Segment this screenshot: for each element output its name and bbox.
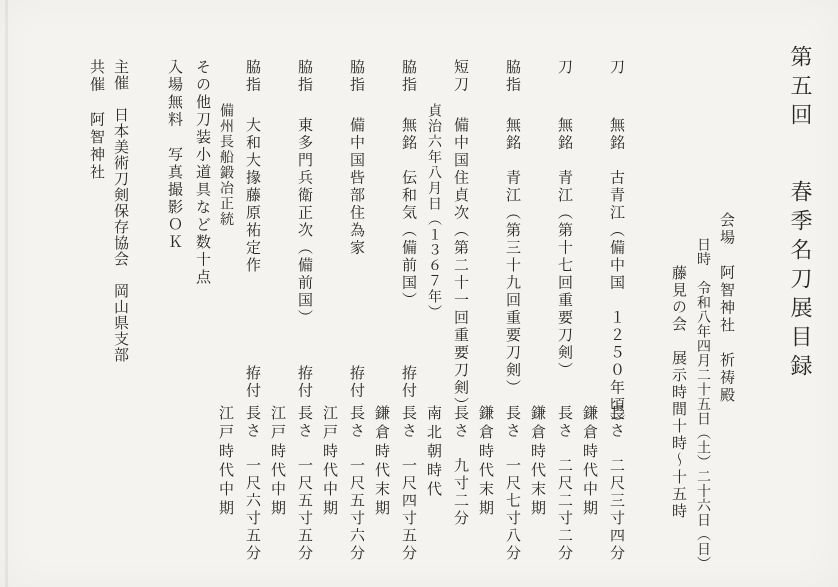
koshirae-note: 拵付 bbox=[286, 365, 312, 400]
title-series: 第五回 bbox=[787, 45, 812, 132]
exhibition-hours-line: 藤見の会 展示時間十時～十五時 bbox=[662, 45, 686, 571]
sword-description: 無銘 青江（第三十九回重要刀剣） bbox=[494, 117, 520, 397]
vertical-text-flow: 第五回春季名刀展目録 会場 阿智神社 祈祷殿 日時 令和八年四月二十五日（土）二… bbox=[0, 0, 838, 587]
sword-period: 鎌倉時代末期 bbox=[471, 405, 493, 519]
title-main: 春季名刀展目録 bbox=[787, 180, 812, 383]
sword-type: 脇指 bbox=[494, 59, 520, 94]
sword-description: 無銘 古青江（備中国 １２５０年頃） bbox=[598, 117, 624, 432]
entry-column-5: 脇指 無銘 伝和気（備前国） 拵付 長さ 一尺四寸五分 鎌倉時代末期 bbox=[366, 45, 418, 571]
koshirae-note: 拵付 bbox=[338, 365, 364, 400]
entry-column-1: 刀 無銘 古青江（備中国 １２５０年頃） 長さ 二尺三寸四分 鎌倉時代中期 bbox=[574, 45, 626, 571]
sword-period: 江戸時代中期 bbox=[263, 405, 285, 519]
sword-description: 備中国住貞次（第二十一回重要刀剣） bbox=[442, 117, 468, 415]
sword-period: 鎌倉時代中期 bbox=[575, 405, 597, 519]
organizer-line: 主催 日本美術刀剣保存協会 岡山県支部 bbox=[104, 45, 128, 571]
koshirae-note: 拵付 bbox=[234, 365, 260, 400]
sword-type: 刀 bbox=[598, 59, 624, 77]
sword-length: 長さ 一尺五寸六分 bbox=[338, 405, 364, 563]
sword-length: 長さ 九寸二分 bbox=[442, 405, 468, 528]
koshirae-note: 拵付 bbox=[390, 365, 416, 400]
sword-description: 大和大掾藤原祐定作 bbox=[234, 117, 260, 275]
entry-column-3: 脇指 無銘 青江（第三十九回重要刀剣） 長さ 一尺七寸八分 鎌倉時代末期 bbox=[470, 45, 522, 571]
sword-length: 長さ 一尺四寸五分 bbox=[390, 405, 416, 563]
sword-period: 鎌倉時代末期 bbox=[367, 405, 389, 519]
sword-type: 脇指 bbox=[338, 59, 364, 94]
sword-type: 刀 bbox=[546, 59, 572, 77]
sword-period: 南北朝時代 bbox=[419, 405, 441, 500]
sword-type: 脇指 bbox=[286, 59, 312, 94]
sword-period: 鎌倉時代末期 bbox=[523, 405, 545, 519]
sword-lineage-note: 備州長船鍛冶正統 bbox=[211, 103, 233, 227]
sword-period: 江戸時代中期 bbox=[211, 405, 233, 519]
sword-description: 東多門兵衛正次（備前国） bbox=[286, 117, 312, 327]
entry-column-8: 脇指 大和大掾藤原祐定作 備州長船鍛冶正統 拵付 長さ 一尺六寸五分 江戸時代中… bbox=[210, 45, 262, 571]
sword-description: 無銘 青江（第十七回重要刀剣） bbox=[546, 117, 572, 380]
sword-type: 短刀 bbox=[442, 59, 468, 94]
entry-column-4: 短刀 備中国住貞次（第二十一回重要刀剣） 貞治六年八月日（１３６７年） 長さ 九… bbox=[418, 45, 470, 571]
sword-length: 長さ 一尺六寸五分 bbox=[234, 405, 260, 563]
sword-length: 長さ 一尺五寸五分 bbox=[286, 405, 312, 563]
sword-period: 江戸時代中期 bbox=[315, 405, 337, 519]
sword-description: 備中国呰部住為家 bbox=[338, 117, 364, 257]
datetime-line: 日時 令和八年四月二十五日（土）二十六日（日） bbox=[686, 45, 710, 571]
co-organizer-line: 共催 阿智神社 bbox=[80, 45, 104, 571]
sword-length: 長さ 二尺三寸四分 bbox=[598, 405, 624, 563]
sword-length: 長さ 二尺二寸二分 bbox=[546, 405, 572, 563]
entry-column-6: 脇指 備中国呰部住為家 拵付 長さ 一尺五寸六分 江戸時代中期 bbox=[314, 45, 366, 571]
other-items-line: その他刀装小道具など数十点 bbox=[186, 45, 210, 571]
admission-line: 入場無料 写真撮影ＯＫ bbox=[158, 45, 182, 571]
page-title: 第五回春季名刀展目録 bbox=[776, 45, 810, 571]
catalog-page: 第五回春季名刀展目録 会場 阿智神社 祈祷殿 日時 令和八年四月二十五日（土）二… bbox=[0, 0, 838, 587]
sword-length: 長さ 一尺七寸八分 bbox=[494, 405, 520, 563]
entry-column-2: 刀 無銘 青江（第十七回重要刀剣） 長さ 二尺二寸二分 鎌倉時代末期 bbox=[522, 45, 574, 571]
sword-type: 脇指 bbox=[234, 59, 260, 94]
entry-column-7: 脇指 東多門兵衛正次（備前国） 拵付 長さ 一尺五寸五分 江戸時代中期 bbox=[262, 45, 314, 571]
venue-line: 会場 阿智神社 祈祷殿 bbox=[710, 45, 734, 571]
sword-type: 脇指 bbox=[390, 59, 416, 94]
sword-description: 無銘 伝和気（備前国） bbox=[390, 117, 416, 310]
title-spacer bbox=[799, 132, 800, 180]
sword-date-inscription: 貞治六年八月日（１３６７年） bbox=[419, 103, 441, 320]
